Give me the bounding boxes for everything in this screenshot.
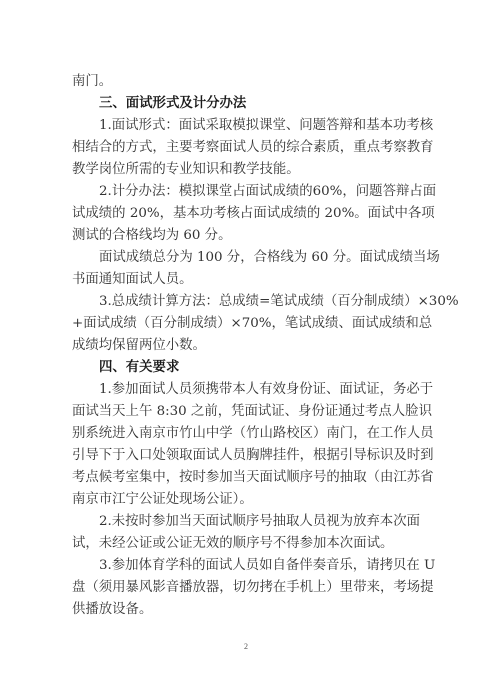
section-heading-requirements: 四、有关要求 [72,357,420,379]
paragraph-line: 面试成绩总分为 100 分，合格线为 60 分。面试成绩当场 [72,247,420,269]
paragraph-line: 3.总成绩计算方法：总成绩=笔试成绩（百分制成绩）×30% [72,291,420,313]
paragraph-line: 成绩均保留两位小数。 [72,335,420,357]
paragraph-line: 2.未按时参加当天面试顺序号抽取人员视为放弃本次面 [72,511,420,533]
paragraph-line: 教学岗位所需的专业知识和教学技能。 [72,159,420,181]
paragraph-line: 引导下于入口处领取面试人员胸牌挂件，根据引导标识及时到 [72,445,420,467]
paragraph-line: 3.参加体育学科的面试人员如自备伴奏音乐，请拷贝在 U [72,555,420,577]
paragraph-line: +面试成绩（百分制成绩）×70%，笔试成绩、面试成绩和总 [72,313,420,335]
paragraph-line: 南门。 [72,71,420,93]
paragraph-line: 相结合的方式，主要考察面试人员的综合素质，重点考察教育 [72,137,420,159]
paragraph-line: 2.计分办法：模拟课堂占面试成绩的60%，问题答辩占面 [72,181,420,203]
paragraph-line: 试成绩的 20%，基本功考核占面试成绩的 20%。面试中各项 [72,203,420,225]
paragraph-line: 书面通知面试人员。 [72,269,420,291]
paragraph-line: 盘（须用暴风影音播放器，切勿拷在手机上）里带来，考场提 [72,577,420,599]
page-number: 2 [241,642,251,651]
paragraph-line: 供播放设备。 [72,599,420,621]
paragraph-line: 考点候考室集中，按时参加当天面试顺序号的抽取（由江苏省 [72,467,420,489]
section-heading-interview-format: 三、面试形式及计分办法 [72,93,420,115]
paragraph-line: 别系统进入南京市竹山中学（竹山路校区）南门，在工作人员 [72,423,420,445]
document-body: 南门。 三、面试形式及计分办法 1.面试形式：面试采取模拟课堂、问题答辩和基本功… [72,71,420,621]
paragraph-line: 1.参加面试人员须携带本人有效身份证、面试证，务必于 [72,379,420,401]
paragraph-line: 面试当天上午 8:30 之前，凭面试证、身份证通过考点人脸识 [72,401,420,423]
paragraph-line: 测试的合格线均为 60 分。 [72,225,420,247]
paragraph-line: 1.面试形式：面试采取模拟课堂、问题答辩和基本功考核 [72,115,420,137]
paragraph-line: 南京市江宁公证处现场公证）。 [72,489,420,511]
paragraph-line: 试，未经公证或公证无效的顺序号不得参加本次面试。 [72,533,420,555]
